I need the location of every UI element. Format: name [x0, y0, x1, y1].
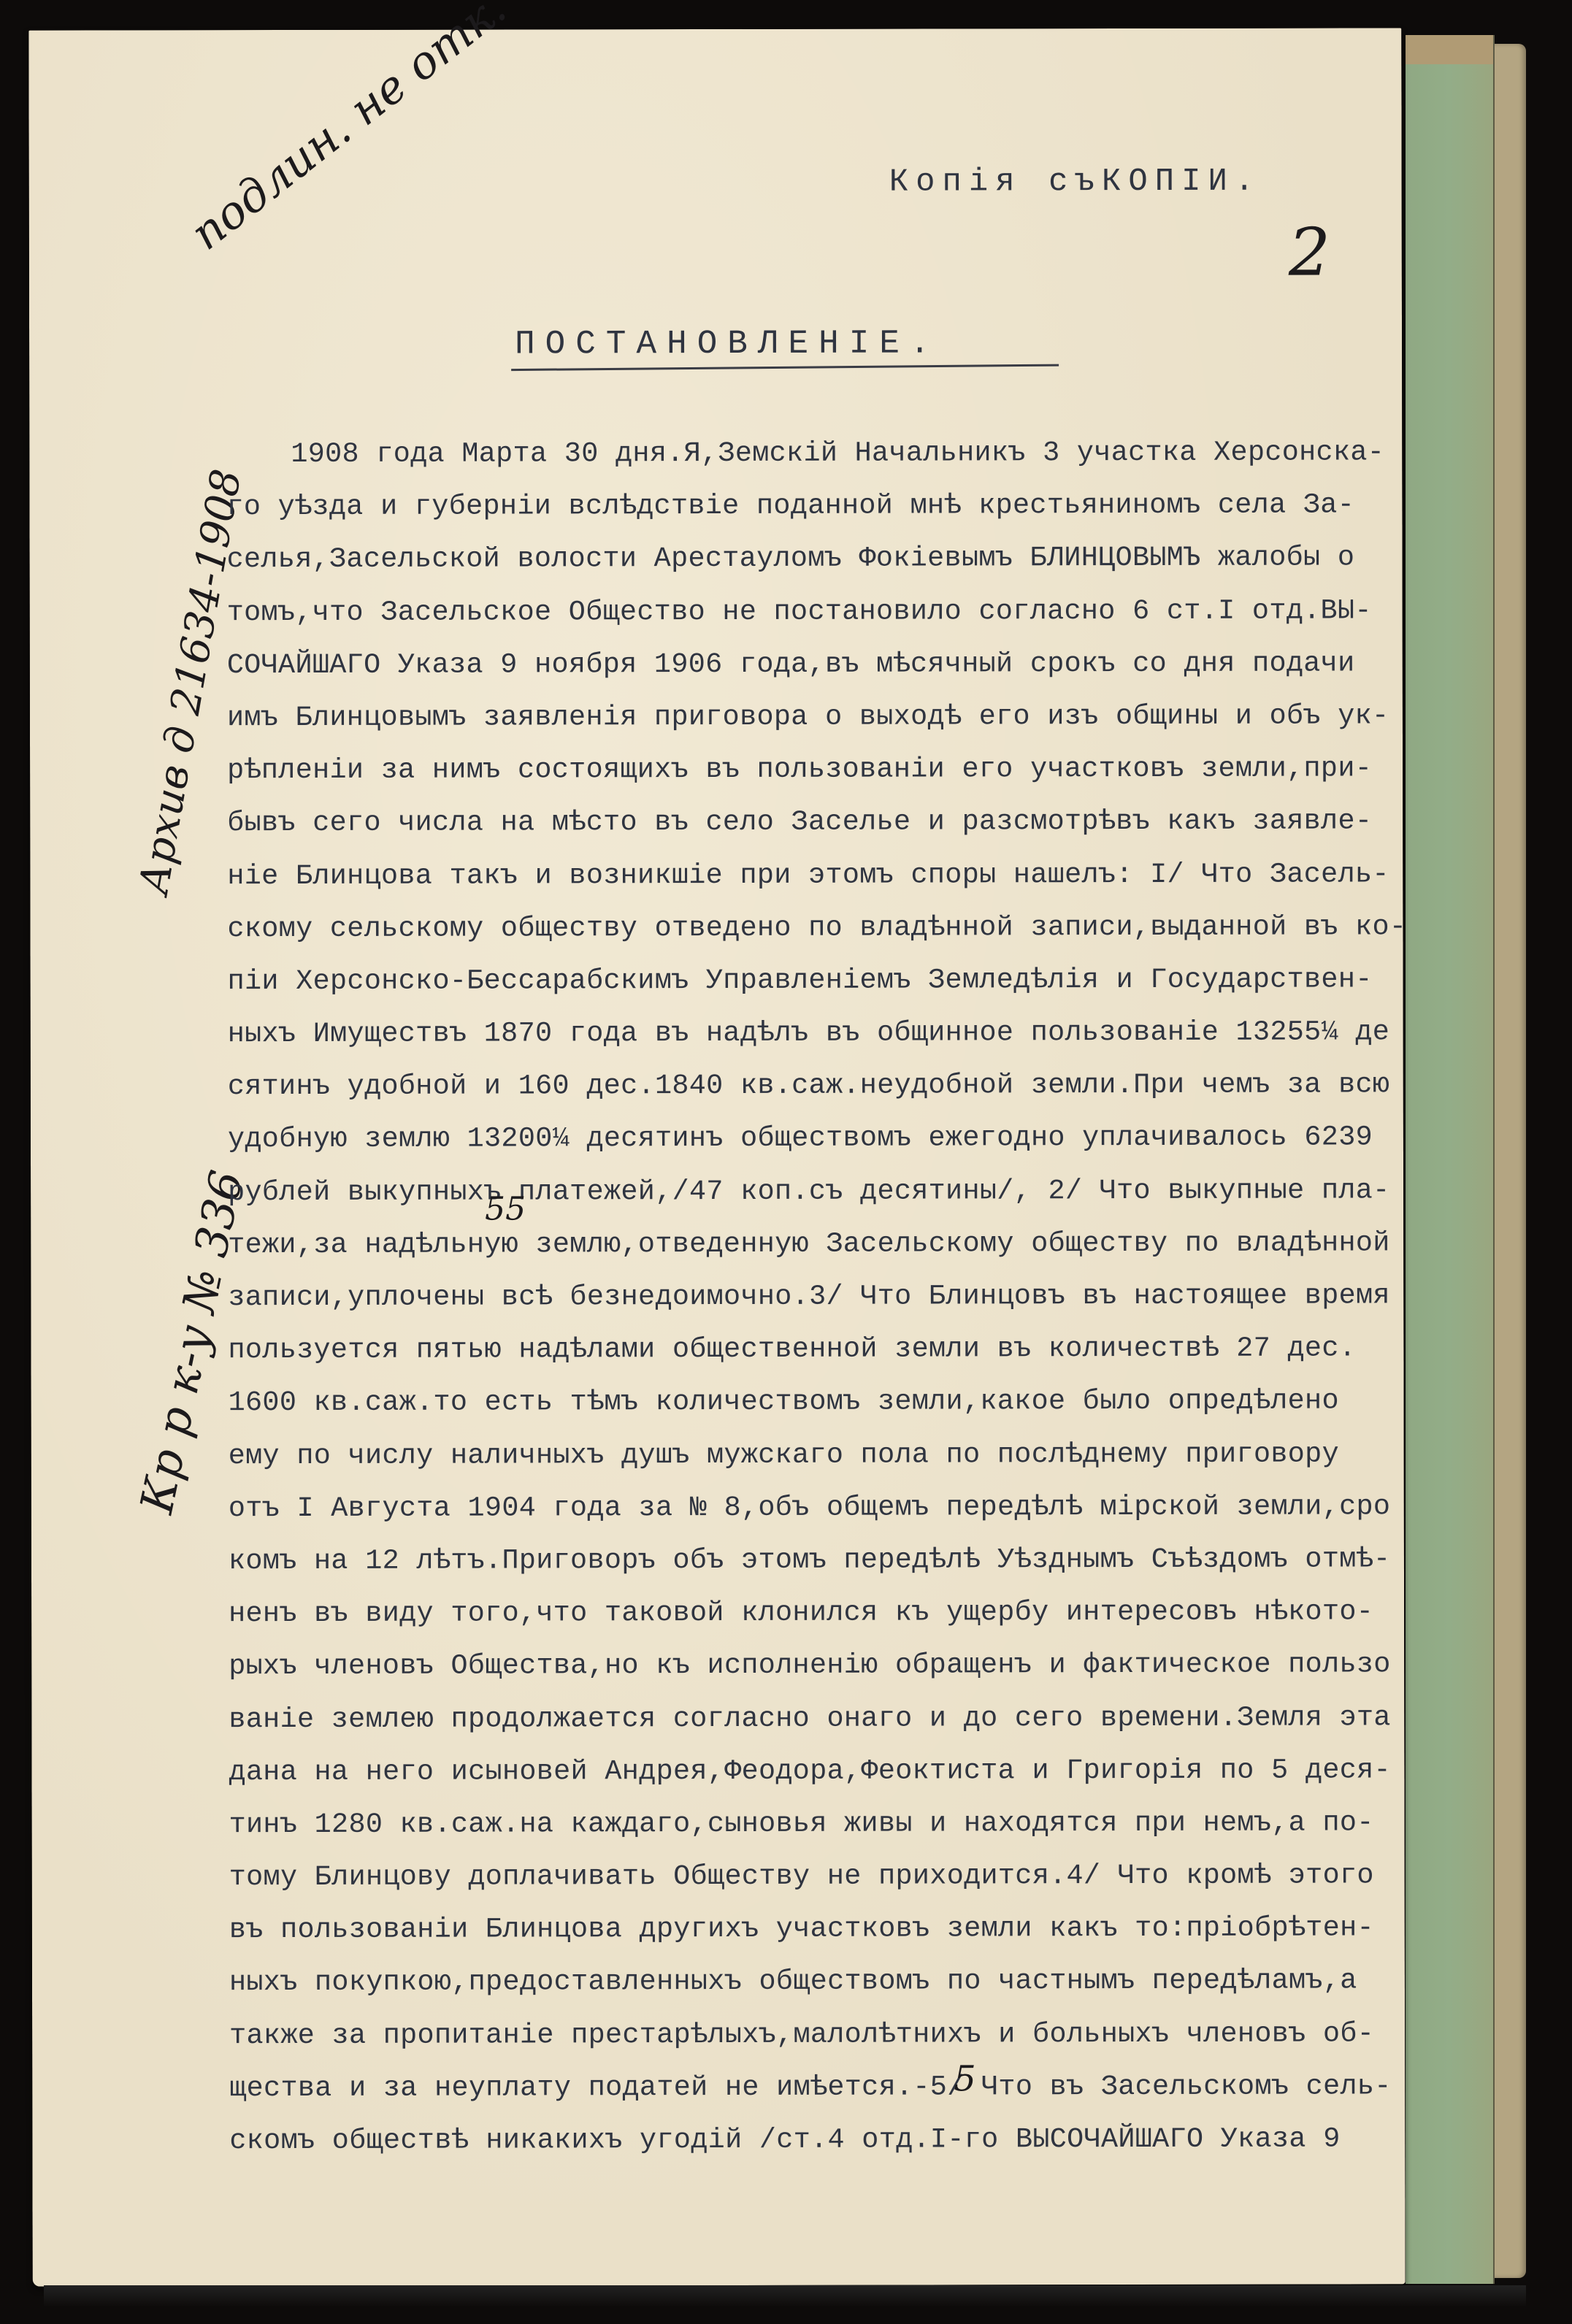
- handwritten-correction-55: 55: [485, 1190, 526, 1227]
- body-line: тинъ 1280 кв.саж.на каждаго,сыновья живы…: [229, 1796, 1427, 1851]
- body-line: піи Херсонско-Бессарабскимъ Управленіемъ…: [228, 953, 1425, 1008]
- body-line: 1908 года Марта 30 дня.Я,Земскій Начальн…: [226, 426, 1424, 480]
- copy-label: Копія съКОПІИ.: [889, 164, 1262, 201]
- title-underline: [511, 364, 1059, 372]
- body-line: щества и за неуплату податей не имѣется.…: [229, 2060, 1427, 2114]
- body-line: удобную землю 13200¼ десятинъ обществомъ…: [228, 1111, 1425, 1166]
- body-line: тежи,за надѣльную землю,отведенную Засел…: [228, 1216, 1425, 1271]
- page-number: 2: [1289, 215, 1330, 291]
- body-line: селья,Засельской волости Арестауломъ Фок…: [227, 532, 1425, 586]
- body-line: ваніе землею продолжается согласно онаго…: [229, 1691, 1426, 1746]
- body-line: имъ Блинцовымъ заявленія приговора о вых…: [227, 689, 1425, 744]
- body-line: го уѣзда и губерніи вслѣдствіе поданной …: [226, 478, 1424, 533]
- body-line: дана на него исыновей Андрея,Феодора,Фео…: [229, 1744, 1426, 1798]
- page-bottom-shadow: [44, 2285, 1526, 2307]
- body-line: ему по числу наличныхъ душъ мужскаго пол…: [229, 1427, 1426, 1482]
- body-line: ненъ въ виду того,что таковой клонился к…: [229, 1585, 1426, 1640]
- document-title: ПОСТАНОВЛЕНІЕ.: [515, 324, 940, 363]
- body-line: бывъ сего числа на мѣсто въ село Заселье…: [227, 795, 1425, 850]
- body-line: ныхъ покупкою,предоставленныхъ обществом…: [229, 1955, 1427, 2009]
- document-body: 1908 года Марта 30 дня.Я,Земскій Начальн…: [226, 426, 1427, 2167]
- body-line: ныхъ Имуществъ 1870 года въ надѣлъ въ об…: [228, 1005, 1425, 1060]
- body-line: отъ I Августа 1904 года за № 8,объ общем…: [229, 1480, 1426, 1535]
- handwritten-top-note: подлин. не отк.: [180, 0, 515, 260]
- body-line: скому сельскому обществу отведено по вла…: [227, 900, 1425, 955]
- body-line: томъ,что Засельское Общество не постанов…: [227, 584, 1425, 639]
- body-line: записи,уплочены всѣ безнедоимочно.3/ Что…: [228, 1269, 1425, 1324]
- body-line: пользуется пятью надѣлами общественной з…: [228, 1322, 1425, 1376]
- body-line: сятинъ удобной и 160 дес.1840 кв.саж.неу…: [228, 1059, 1425, 1113]
- body-line: тому Блинцову доплачивать Обществу не пр…: [229, 1849, 1427, 1903]
- body-line: также за пропитаніе престарѣлыхъ,малолѣт…: [229, 2007, 1427, 2062]
- handwritten-correction-5: 5: [954, 2058, 976, 2099]
- body-line: комъ на 12 лѣтъ.Приговоръ объ этомъ пере…: [229, 1533, 1426, 1587]
- body-line: 1600 кв.саж.то есть тѣмъ количествомъ зе…: [229, 1375, 1426, 1430]
- body-line: рѣпленіи за нимъ состоящихъ въ пользован…: [227, 742, 1425, 797]
- body-line: въ пользованіи Блинцова другихъ участков…: [229, 1902, 1427, 1957]
- body-line: рыхъ членовъ Общества,но къ исполненію о…: [229, 1638, 1426, 1693]
- body-line: скомъ обществѣ никакихъ угодій /ст.4 отд…: [229, 2112, 1427, 2167]
- document-page: подлин. не отк. Копія съКОПІИ. 2 ПОСТАНО…: [28, 28, 1405, 2286]
- body-line: рублей выкупныхъ платежей,/47 коп.съ дес…: [228, 1164, 1425, 1219]
- body-line: СОЧАЙШАГО Указа 9 ноября 1906 года,въ мѣ…: [227, 637, 1425, 691]
- folder-cover-top-edge: [1406, 35, 1493, 64]
- body-line: ніе Блинцова такъ и возникшіе при этомъ …: [227, 848, 1425, 902]
